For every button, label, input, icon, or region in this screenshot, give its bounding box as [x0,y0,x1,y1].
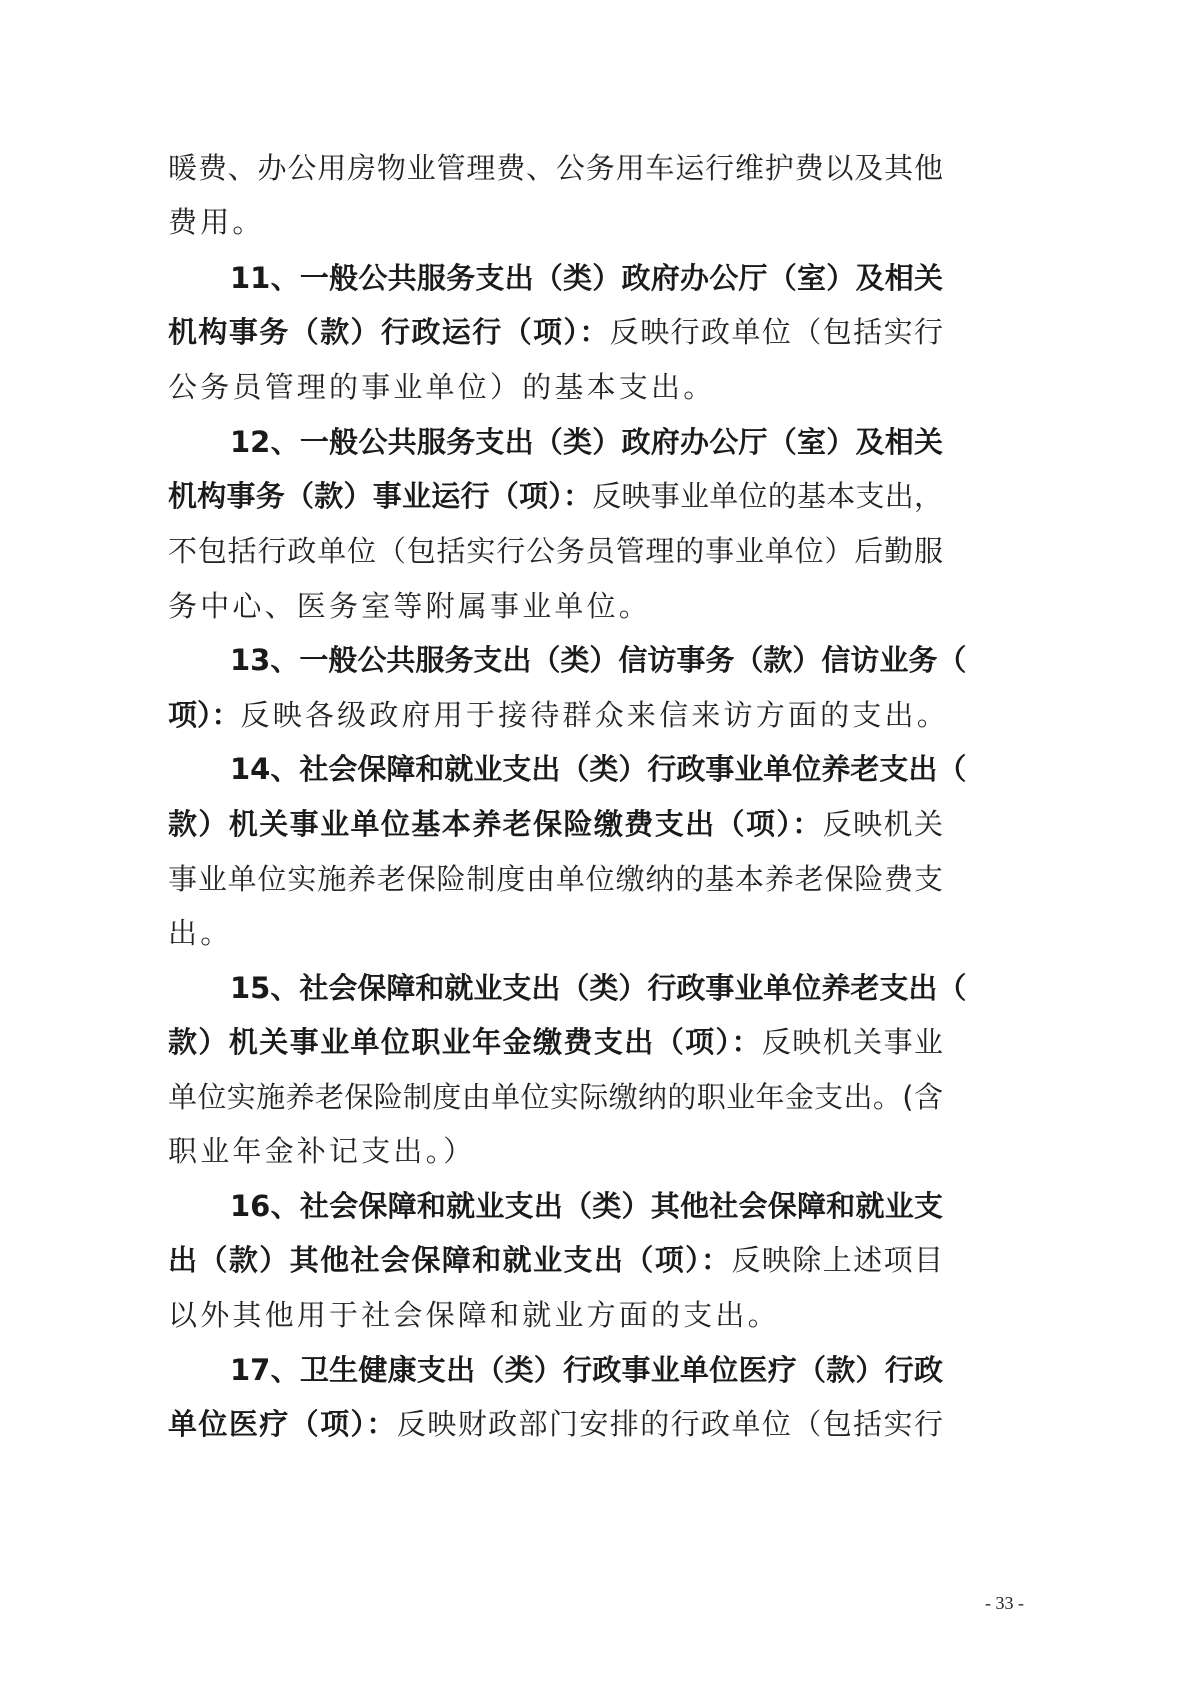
text-line: 单位医疗（项）：反映财政部门安排的行政单位（包括实行 [168,1404,943,1444]
item-11-heading: 11、一般公共服务支出（类）政府办公厅（室）及相关 [168,258,943,298]
text-line: 款）机关事业单位职业年金缴费支出（项）：反映机关事业 [168,1022,943,1062]
bold-heading: 11、一般公共服务支出（类）政府办公厅（室）及相关 [230,261,943,295]
item-12-heading: 12、一般公共服务支出（类）政府办公厅（室）及相关 [168,422,943,462]
body-text: 反映财政部门安排的行政单位（包括实行 [397,1407,943,1441]
page-number: - 33 - [985,1593,1024,1614]
bold-heading: 14、社会保障和就业支出（类）行政事业单位养老支出（ [230,752,966,786]
text-line: 公务员管理的事业单位）的基本支出。 [168,367,715,407]
body-text: 反映除上述项目 [731,1243,943,1277]
text-line: 暖费、办公用房物业管理费、公务用车运行维护费以及其他 [168,148,943,188]
text-line: 款）机关事业单位基本养老保险缴费支出（项）：反映机关 [168,804,943,844]
text-line: 出。 [168,913,232,953]
body-text: 职业年金补记支出。） [168,1134,476,1168]
bold-heading: 15、社会保障和就业支出（类）行政事业单位养老支出（ [230,971,966,1005]
text-line: 费用。 [168,202,265,242]
body-text: 以外其他用于社会保障和就业方面的支出。 [168,1298,780,1332]
body-text: 公务员管理的事业单位）的基本支出。 [168,370,715,404]
text-line: 机构事务（款）事业运行（项）：反映事业单位的基本支出， [168,476,943,516]
text-line: 事业单位实施养老保险制度由单位缴纳的基本养老保险费支 [168,859,943,899]
bold-heading: 机构事务（款）事业运行（项）： [168,479,592,513]
text-line: 机构事务（款）行政运行（项）：反映行政单位（包括实行 [168,312,943,352]
bold-heading: 16、社会保障和就业支出（类）其他社会保障和就业支 [230,1189,943,1223]
item-15-heading: 15、社会保障和就业支出（类）行政事业单位养老支出（ [168,968,943,1008]
bold-heading: 17、卫生健康支出（类）行政事业单位医疗（款）行政 [230,1353,943,1387]
item-17-heading: 17、卫生健康支出（类）行政事业单位医疗（款）行政 [168,1350,943,1390]
body-text: 不包括行政单位（包括实行公务员管理的事业单位）后勤服 [168,534,943,568]
bold-heading: 出（款）其他社会保障和就业支出（项）： [168,1243,731,1277]
body-text: 反映机关事业 [762,1025,943,1059]
text-line: 出（款）其他社会保障和就业支出（项）：反映除上述项目 [168,1240,943,1280]
body-text: 反映机关 [823,807,943,841]
bold-heading: 12、一般公共服务支出（类）政府办公厅（室）及相关 [230,425,943,459]
text-line: 不包括行政单位（包括实行公务员管理的事业单位）后勤服 [168,531,943,571]
body-text: 反映行政单位（包括实行 [610,315,943,349]
body-text: 务中心、医务室等附属事业单位。 [168,589,651,623]
text-line: 职业年金补记支出。） [168,1131,476,1171]
text-line: 以外其他用于社会保障和就业方面的支出。 [168,1295,780,1335]
item-13-heading: 13、一般公共服务支出（类）信访事务（款）信访业务（ [168,640,943,680]
bold-heading: 款）机关事业单位职业年金缴费支出（项）： [168,1025,762,1059]
body-text: 暖费、办公用房物业管理费、公务用车运行维护费以及其他 [168,151,943,185]
bold-heading: 项）： [168,698,241,732]
body-text: 反映各级政府用于接待群众来信来访方面的支出。 [241,698,949,732]
item-16-heading: 16、社会保障和就业支出（类）其他社会保障和就业支 [168,1186,943,1226]
text-line: 务中心、医务室等附属事业单位。 [168,586,651,626]
bold-heading: 机构事务（款）行政运行（项）： [168,315,610,349]
body-text: 反映事业单位的基本支出， [592,479,943,513]
bold-heading: 13、一般公共服务支出（类）信访事务（款）信访业务（ [230,643,966,677]
body-text: 出。 [168,916,232,950]
item-14-heading: 14、社会保障和就业支出（类）行政事业单位养老支出（ [168,749,943,789]
text-line: 单位实施养老保险制度由单位实际缴纳的职业年金支出。(含 [168,1077,943,1117]
text-line: 项）：反映各级政府用于接待群众来信来访方面的支出。 [168,695,949,735]
bold-heading: 款）机关事业单位基本养老保险缴费支出（项）： [168,807,823,841]
body-text: 费用。 [168,205,265,239]
body-text: 单位实施养老保险制度由单位实际缴纳的职业年金支出。(含 [168,1080,943,1114]
bold-heading: 单位医疗（项）： [168,1407,397,1441]
body-text: 事业单位实施养老保险制度由单位缴纳的基本养老保险费支 [168,862,943,896]
